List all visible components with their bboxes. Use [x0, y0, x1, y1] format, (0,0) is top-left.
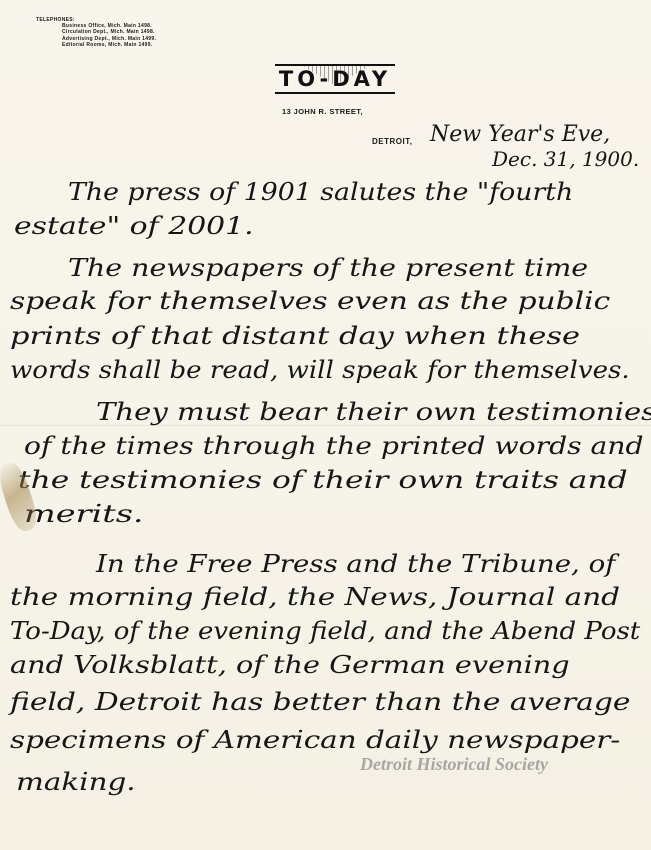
handwritten-line: speak for themselves even as the public — [10, 287, 610, 315]
telephone-listing: TELEPHONES: Business Office, Mich. Main … — [36, 17, 156, 48]
handwritten-line: prints of that distant day when these — [10, 322, 580, 350]
masthead-logo: TO-DAY — [250, 64, 420, 90]
handwritten-line: of the times through the printed words a… — [24, 432, 644, 460]
handwritten-line: and Volksblatt, of the German evening — [10, 651, 570, 679]
telephone-line: Editorial Rooms, Mich. Main 1499. — [62, 42, 156, 48]
handwritten-line: To-Day, of the evening field, and the Ab… — [10, 617, 640, 645]
telephone-line: Advertising Dept., Mich. Main 1499. — [62, 36, 156, 42]
handwritten-line: In the Free Press and the Tribune, of — [96, 550, 615, 578]
handwritten-line: the testimonies of their own traits and — [18, 466, 628, 494]
handwritten-line: field, Detroit has better than the avera… — [10, 688, 630, 716]
masthead-title: TO-DAY — [275, 64, 395, 94]
handwritten-line: the morning field, the News, Journal and — [10, 583, 620, 611]
date-line-2: Dec. 31, 1900. — [492, 147, 639, 171]
handwritten-line: merits. — [24, 500, 144, 528]
handwritten-line: specimens of American daily newspaper- — [10, 726, 620, 754]
street-address: 13 JOHN R. STREET, — [282, 107, 363, 116]
telephone-line: Circulation Dept., Mich. Main 1498. — [62, 29, 156, 35]
handwritten-line: making. — [16, 768, 136, 796]
handwritten-line: The newspapers of the present time — [68, 254, 588, 282]
handwritten-line: The press of 1901 salutes the "fourth — [68, 178, 573, 206]
watermark: Detroit Historical Society — [360, 754, 548, 775]
city-label: DETROIT, — [372, 137, 412, 146]
handwritten-line: estate" of 2001. — [14, 212, 254, 240]
date-line-1: New Year's Eve, — [430, 122, 610, 147]
handwritten-line: words shall be read, will speak for them… — [10, 356, 630, 384]
handwritten-line: They must bear their own testimonies — [96, 398, 651, 426]
